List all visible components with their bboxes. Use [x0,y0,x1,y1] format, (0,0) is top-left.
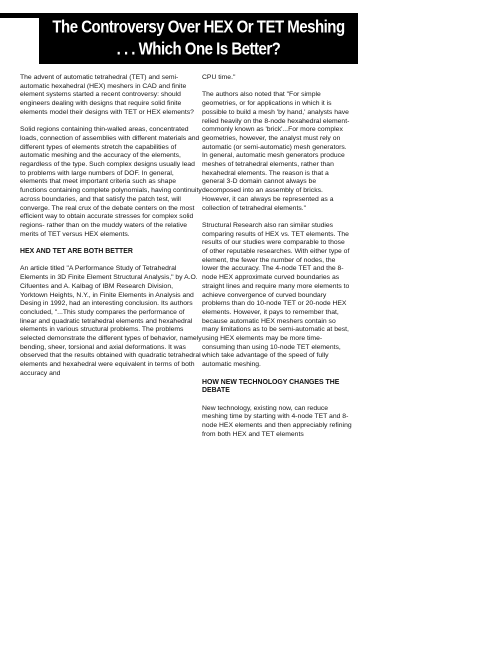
paragraph-intro: The advent of automatic tetrahedral (TET… [20,74,202,118]
paragraph-article-study: An article titled "A Performance Study o… [20,265,202,378]
paragraph-authors-noted: The authors also noted that "For simple … [202,91,352,213]
right-column: CPU time." The authors also noted that "… [202,74,352,448]
masthead: The Controversy Over HEX Or TET Meshing … [39,13,358,64]
paragraph-new-technology: New technology, existing now, can reduce… [202,405,352,440]
left-column: The advent of automatic tetrahedral (TET… [20,74,202,387]
title-line-2: . . . Which One Is Better? [117,37,281,62]
paragraph-structural-research: Structural Research also ran similar stu… [202,222,352,370]
section-heading-new-technology: HOW NEW TECHNOLOGY CHANGES THE DEBATE [202,379,352,396]
paragraph-cpu-time: CPU time." [202,74,352,83]
paragraph-solid-regions: Solid regions containing thin-walled are… [20,126,202,239]
article-page: The Controversy Over HEX Or TET Meshing … [0,0,502,649]
section-heading-hex-and-tet: HEX AND TET ARE BOTH BETTER [20,248,202,257]
title-line-1: The Controversy Over HEX Or TET Meshing [52,15,344,40]
